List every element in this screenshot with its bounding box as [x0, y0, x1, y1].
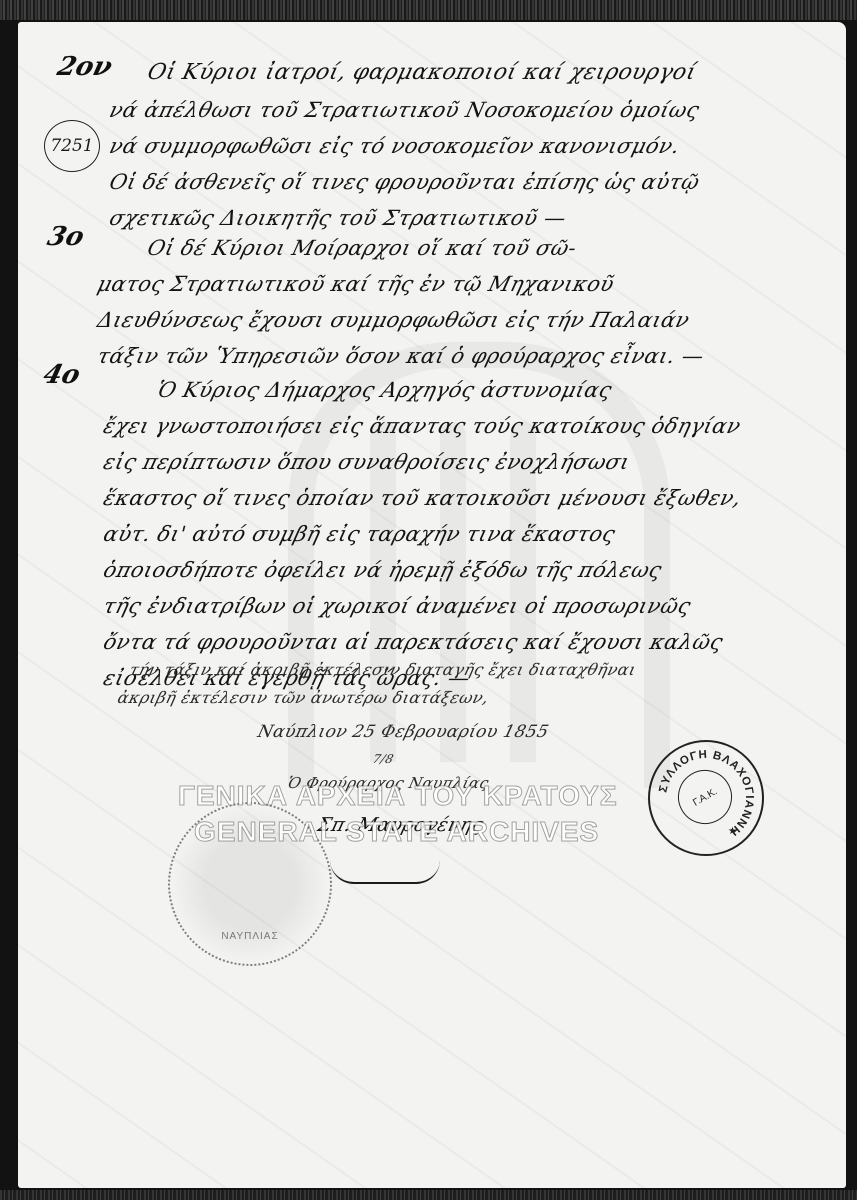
text-line: ματος Στρατιωτικοῦ καί τῆς ἐν τῷ Μηχανικ…: [95, 272, 617, 296]
text-line: αὐτ. δι' αὐτό συμβῆ εἰς ταραχήν τινα ἕκα…: [101, 522, 618, 546]
text-line: Οἱ δέ ἀσθενεῖς οἵ τινες φρουροῦνται ἐπίσ…: [107, 170, 702, 194]
text-line: σχετικῶς Διοικητῆς τοῦ Στρατιωτικοῦ —: [107, 206, 569, 230]
text-line: Οἱ Κύριοι ἰατροί, φαρμακοποιοί καί χειρο…: [145, 60, 699, 85]
text-line: Οἱ δέ Κύριοι Μοίραρχοι οἵ καί τοῦ σῶ-: [145, 236, 579, 260]
archive-number: 7251: [50, 136, 93, 156]
manuscript-page: 7251 2ον Οἱ Κύριοι ἰατροί, φαρμακοποιοί …: [18, 22, 846, 1188]
watermark-greek: ΓΕΝΙΚΑ ΑΡΧΕΙΑ ΤΟΥ ΚΡΑΤΟΥΣ: [178, 780, 618, 812]
scan-border-bottom: [0, 1190, 857, 1200]
section-marker-3: 3ο: [44, 222, 87, 252]
text-line: ἔχει γνωστοποιήσει εἰς ἅπαντας τούς κατο…: [101, 414, 743, 438]
text-line: τάξιν τῶν Ὑπηρεσιῶν ὅσον καί ὁ φρούραρχο…: [95, 344, 707, 368]
text-line: ἕκαστος οἵ τινες ὁποίαν τοῦ κατοικοῦσι μ…: [101, 486, 744, 510]
closing-line: τήν τάξιν καί ἀκριβῆ ἐκτέλεσιν διαταγῆς …: [128, 660, 639, 679]
star-icon: ★: [728, 826, 737, 837]
archive-number-circle: 7251: [44, 120, 100, 172]
text-line: εἰς περίπτωσιν ὅπου συναθροίσεις ἐνοχλήσ…: [101, 450, 632, 474]
text-line: ὁποιοσδήποτε ὀφείλει νά ἠρεμῇ ἐξόδω τῆς …: [101, 558, 664, 582]
ink-seal-text: ΝΑΥΠΛΙΑΣ: [190, 931, 310, 942]
section-marker-4: 4ο: [40, 360, 83, 390]
signature-flourish: [330, 860, 440, 884]
closing-line: ἀκριβῆ ἐκτέλεσιν τῶν ἀνωτέρω διατάξεων,: [116, 688, 491, 707]
date-line: Ναύπλιον 25 Φεβρουαρίου 1855: [256, 722, 551, 742]
scan-border-top: [0, 0, 857, 20]
date-note: 7/8: [371, 752, 395, 766]
collection-stamp: ΣΥΛΛΟΓΗ ΒΛΑΧΟΓΙΑΝΝΗ Γ.Α.Κ. ★: [648, 740, 764, 856]
watermark-english: GENERAL STATE ARCHIVES: [194, 816, 599, 848]
text-line: Ὁ Κύριος Δήμαρχος Αρχηγός ἀστυνομίας: [155, 378, 615, 402]
text-line: Διευθύνσεως ἔχουσι συμμορφωθῶσι εἰς τήν …: [95, 308, 692, 332]
text-line: τῆς ἐνδιατρίβων οἱ χωρικοί ἀναμένει οἱ π…: [101, 594, 694, 618]
section-marker-2: 2ον: [54, 52, 115, 82]
text-line: νά συμμορφωθῶσι εἰς τό νοσοκομεῖον κανον…: [107, 134, 683, 158]
text-line: νά ἀπέλθωσι τοῦ Στρατιωτικοῦ Νοσοκομείου…: [107, 98, 702, 122]
text-line: ὄντα τά φρουροῦνται αἱ παρεκτάσεις καί ἔ…: [101, 630, 726, 654]
